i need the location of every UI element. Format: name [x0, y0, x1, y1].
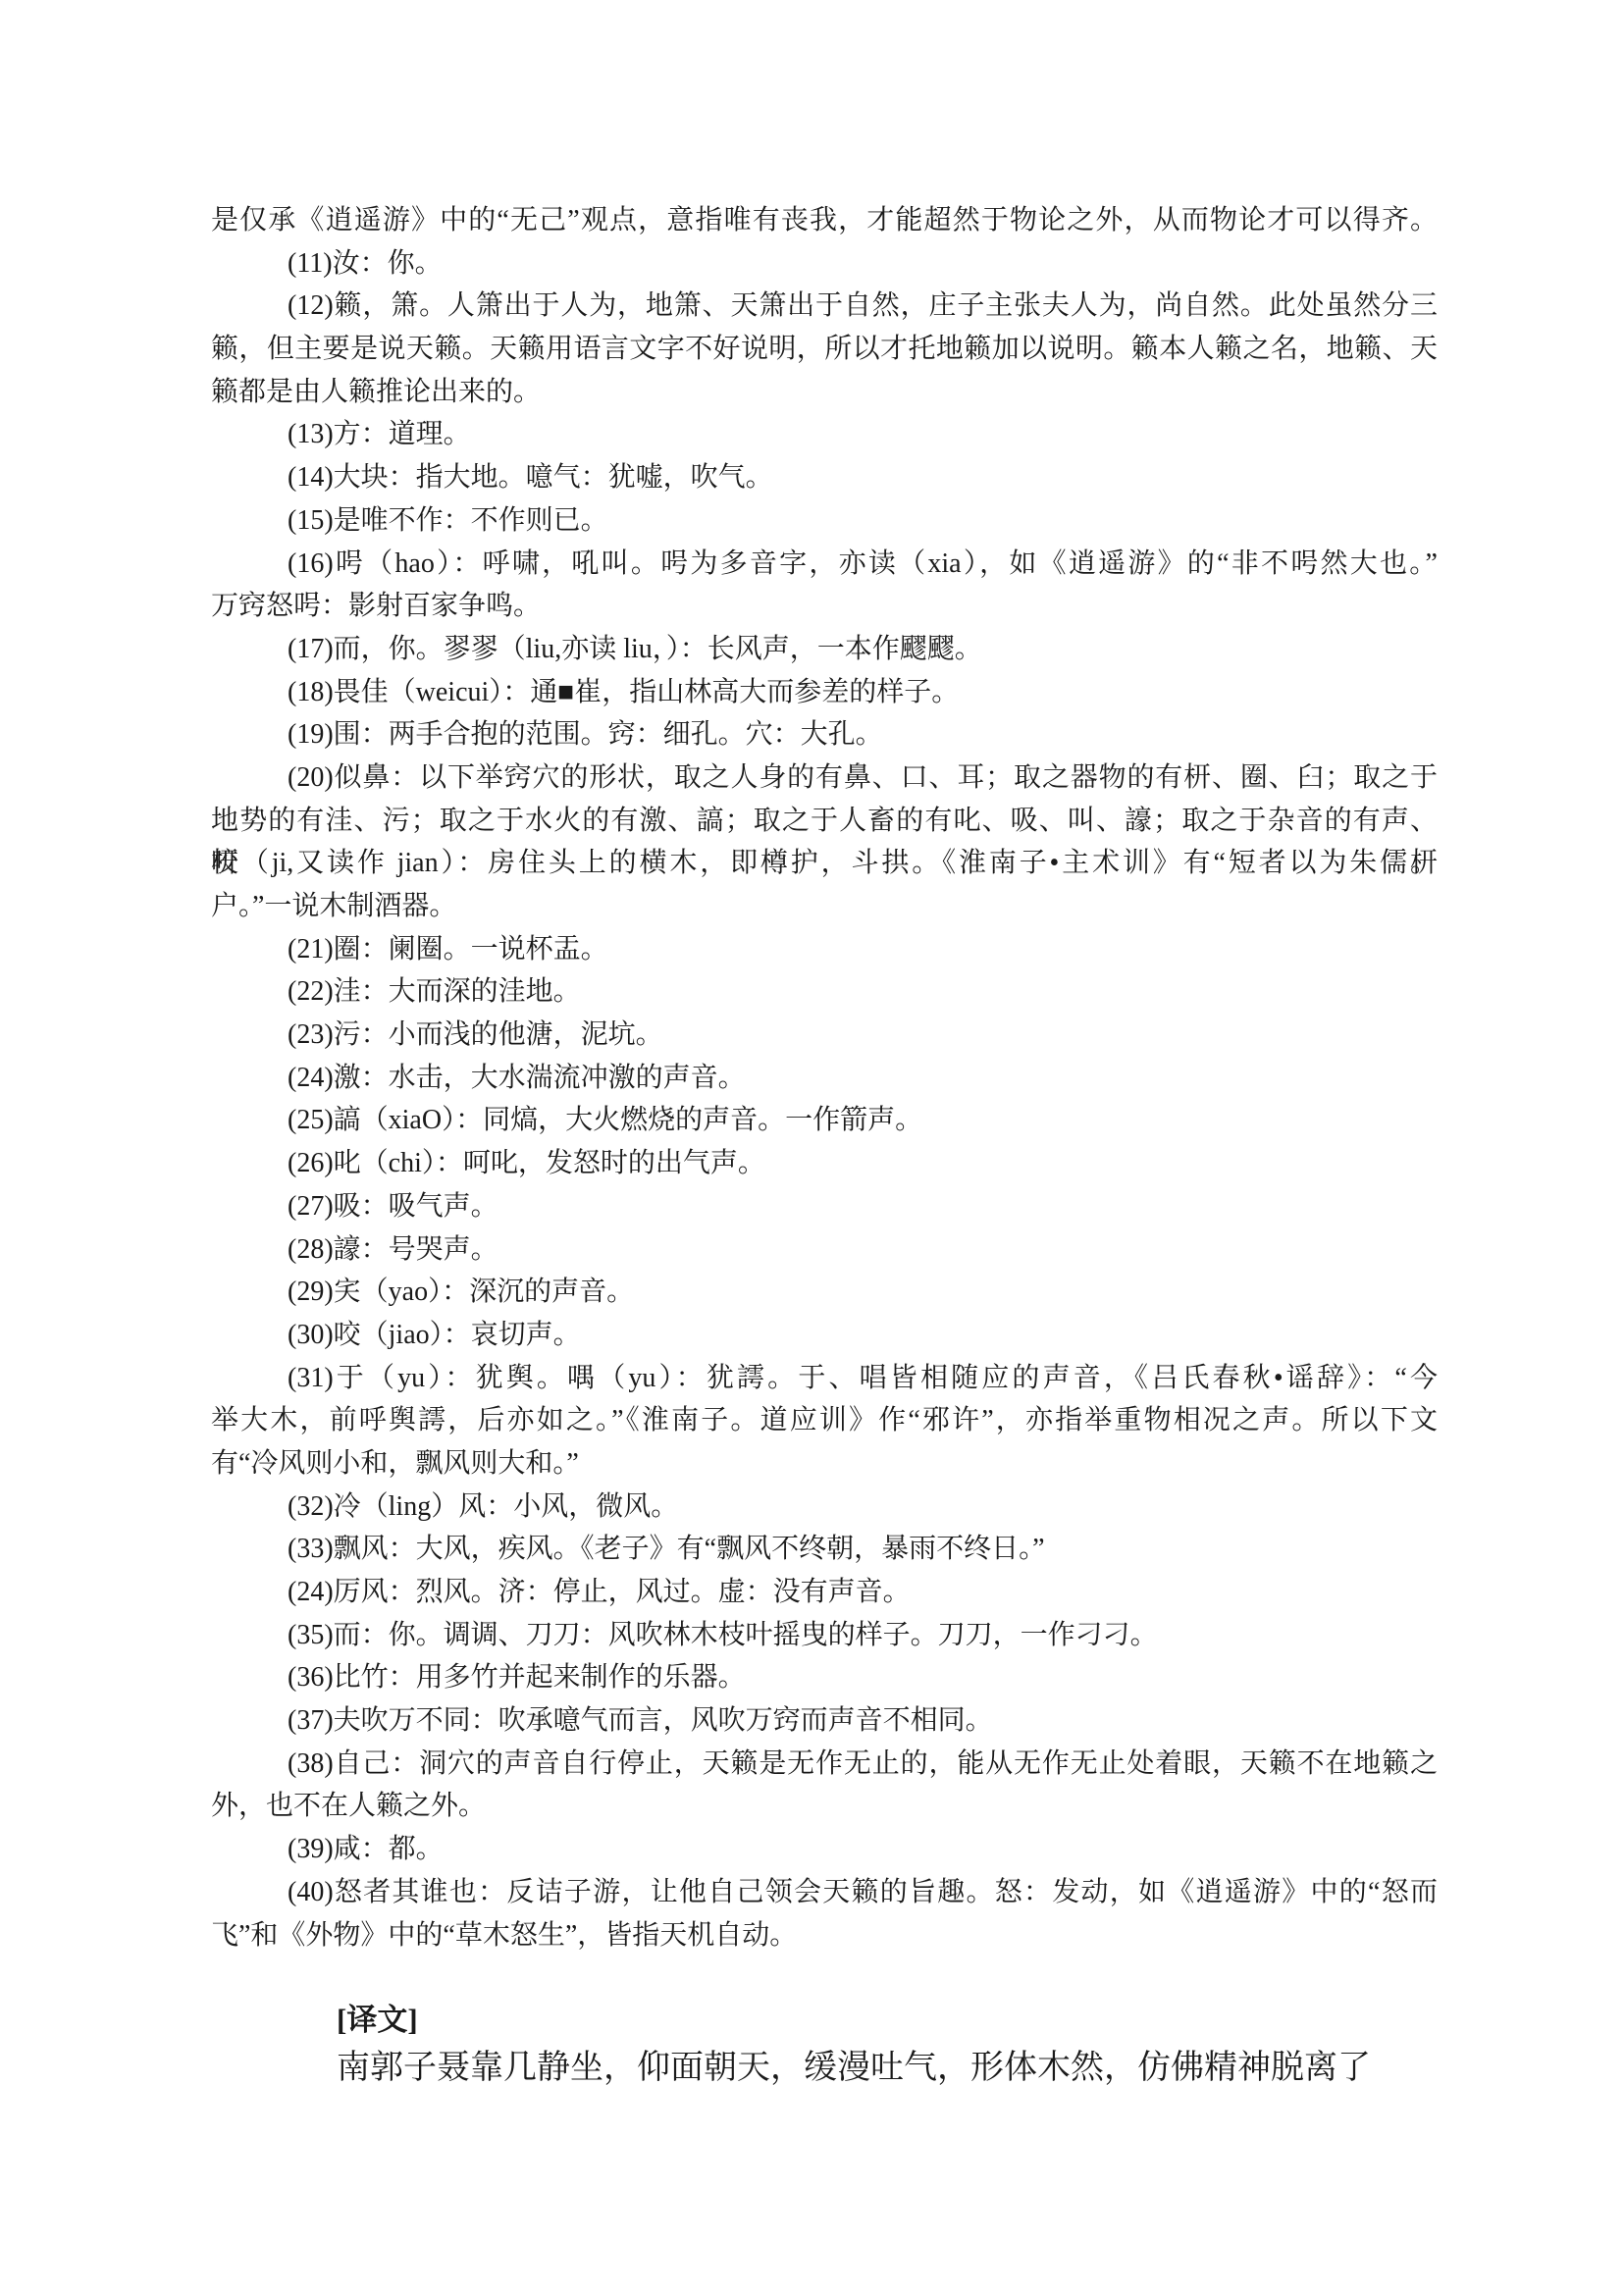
note-line: (31)于（yu）：犹舆。喁（yu）：犹謣。于、唱皆相随应的声音，《吕氏春秋•谣… [211, 1357, 1438, 1400]
notes-section: 是仅承《逍遥游》中的“无己”观点，意指唯有丧我，才能超然于物论之外，从而物论才可… [211, 199, 1438, 2093]
note-line: (27)吸：吸气声。 [211, 1185, 1438, 1228]
note-line: (38)自己：洞穴的声音自行停止，天籁是无作无止的，能从无作无止处着眼，天籁不在… [211, 1743, 1438, 1786]
note-line: (14)大块：指大地。噫气：犹嘘，吹气。 [211, 456, 1438, 499]
note-line: (11)汝：你。 [211, 242, 1438, 286]
note-line: (37)夫吹万不同：吹承噫气而言，风吹万窍而声音不相同。 [211, 1699, 1438, 1743]
note-line: 枅（ji,又读作 jian）：房住头上的横木，即樽护，斗拱。《淮南子•主术训》有… [211, 842, 1438, 885]
note-line: (15)是唯不作：不作则已。 [211, 499, 1438, 543]
note-line: (39)咸：都。 [211, 1828, 1438, 1871]
note-line: (28)譹：号哭声。 [211, 1228, 1438, 1272]
note-line: (17)而，你。翏翏（liu,亦读 liu，）：长风声，一本作飂飂。 [211, 628, 1438, 671]
translation-heading: [译文] [211, 1997, 1438, 2044]
note-line: (21)圈：阑圈。一说杯盂。 [211, 928, 1438, 971]
note-line: (40)怒者其谁也：反诘子游，让他自己领会天籁的旨趣。怒：发动，如《逍遥游》中的… [211, 1871, 1438, 1914]
note-line: 户。”一说木制酒器。 [211, 885, 1438, 928]
note-line: (32)冷（ling）风：小风，微风。 [211, 1486, 1438, 1529]
note-line: 有“冷风则小和，飘风则大和。” [211, 1442, 1438, 1486]
translation-section: [译文] 南郭子聂靠几静坐，仰面朝天，缓漫吐气，形体木然，仿佛精神脱离了 [211, 1997, 1438, 2093]
note-line: (33)飘风：大风，疾风。《老子》有“飘风不终朝，暴雨不终日。” [211, 1528, 1438, 1571]
note-line: (12)籁，箫。人箫出于人为，地箫、天箫出于自然，庄子主张夫人为，尚自然。此处虽… [211, 285, 1438, 328]
note-line: (16)呺（hao）：呼啸，吼叫。呺为多音字，亦读（xia），如《逍遥游》的“非… [211, 543, 1438, 586]
note-line: 举大木，前呼舆謣，后亦如之。”《淮南子。道应训》作“邪许”，亦指举重物相况之声。… [211, 1399, 1438, 1442]
note-line: 籁，但主要是说天籁。天籁用语言文字不好说明，所以才托地籁加以说明。籁本人籁之名，… [211, 328, 1438, 371]
note-line: (29)宎（yao）：深沉的声音。 [211, 1271, 1438, 1314]
note-line: (22)洼：大而深的洼地。 [211, 970, 1438, 1014]
note-line: (18)畏佳（weicui）：通■崔，指山林高大而参差的样子。 [211, 671, 1438, 714]
note-line: (23)污：小而浅的他溏，泥坑。 [211, 1014, 1438, 1057]
note-line: (25)謞（xiaO）：同熇，大火燃烧的声音。一作箭声。 [211, 1099, 1438, 1142]
note-line: (19)围：两手合抱的范围。窍：细孔。穴：大孔。 [211, 713, 1438, 756]
note-line: (24)厉风：烈风。济：停止，风过。虚：没有声音。 [211, 1571, 1438, 1614]
note-line: 万窍怒呺：影射百家争鸣。 [211, 585, 1438, 628]
note-line: 地势的有洼、污；取之于水火的有激、謞；取之于人畜的有叱、吸、叫、譹；取之于杂音的… [211, 800, 1438, 843]
document-page: 是仅承《逍遥游》中的“无己”观点，意指唯有丧我，才能超然于物论之外，从而物论才可… [0, 0, 1624, 2294]
note-line: (36)比竹：用多竹并起来制作的乐器。 [211, 1656, 1438, 1699]
translation-first-line: 南郭子聂靠几静坐，仰面朝天，缓漫吐气，形体木然，仿佛精神脱离了 [211, 2044, 1438, 2093]
note-line: 是仅承《逍遥游》中的“无己”观点，意指唯有丧我，才能超然于物论之外，从而物论才可… [211, 199, 1438, 242]
note-line: 籁都是由人籁推论出来的。 [211, 371, 1438, 414]
note-line: (35)而：你。调调、刀刀：风吹林木枝叶摇曳的样子。刀刀，一作刁刁。 [211, 1614, 1438, 1657]
note-line: (24)激：水击，大水湍流冲激的声音。 [211, 1057, 1438, 1100]
note-line: (13)方：道理。 [211, 413, 1438, 456]
note-line: (30)咬（jiao）：哀切声。 [211, 1314, 1438, 1357]
note-line: 飞”和《外物》中的“草木怒生”，皆指天机自动。 [211, 1914, 1438, 1957]
note-line: (26)叱（chi）：呵叱，发怒时的出气声。 [211, 1142, 1438, 1185]
note-line: 外，也不在人籁之外。 [211, 1785, 1438, 1828]
note-line: (20)似鼻：以下举窍穴的形状，取之人身的有鼻、口、耳；取之器物的有枅、圈、臼；… [211, 756, 1438, 800]
